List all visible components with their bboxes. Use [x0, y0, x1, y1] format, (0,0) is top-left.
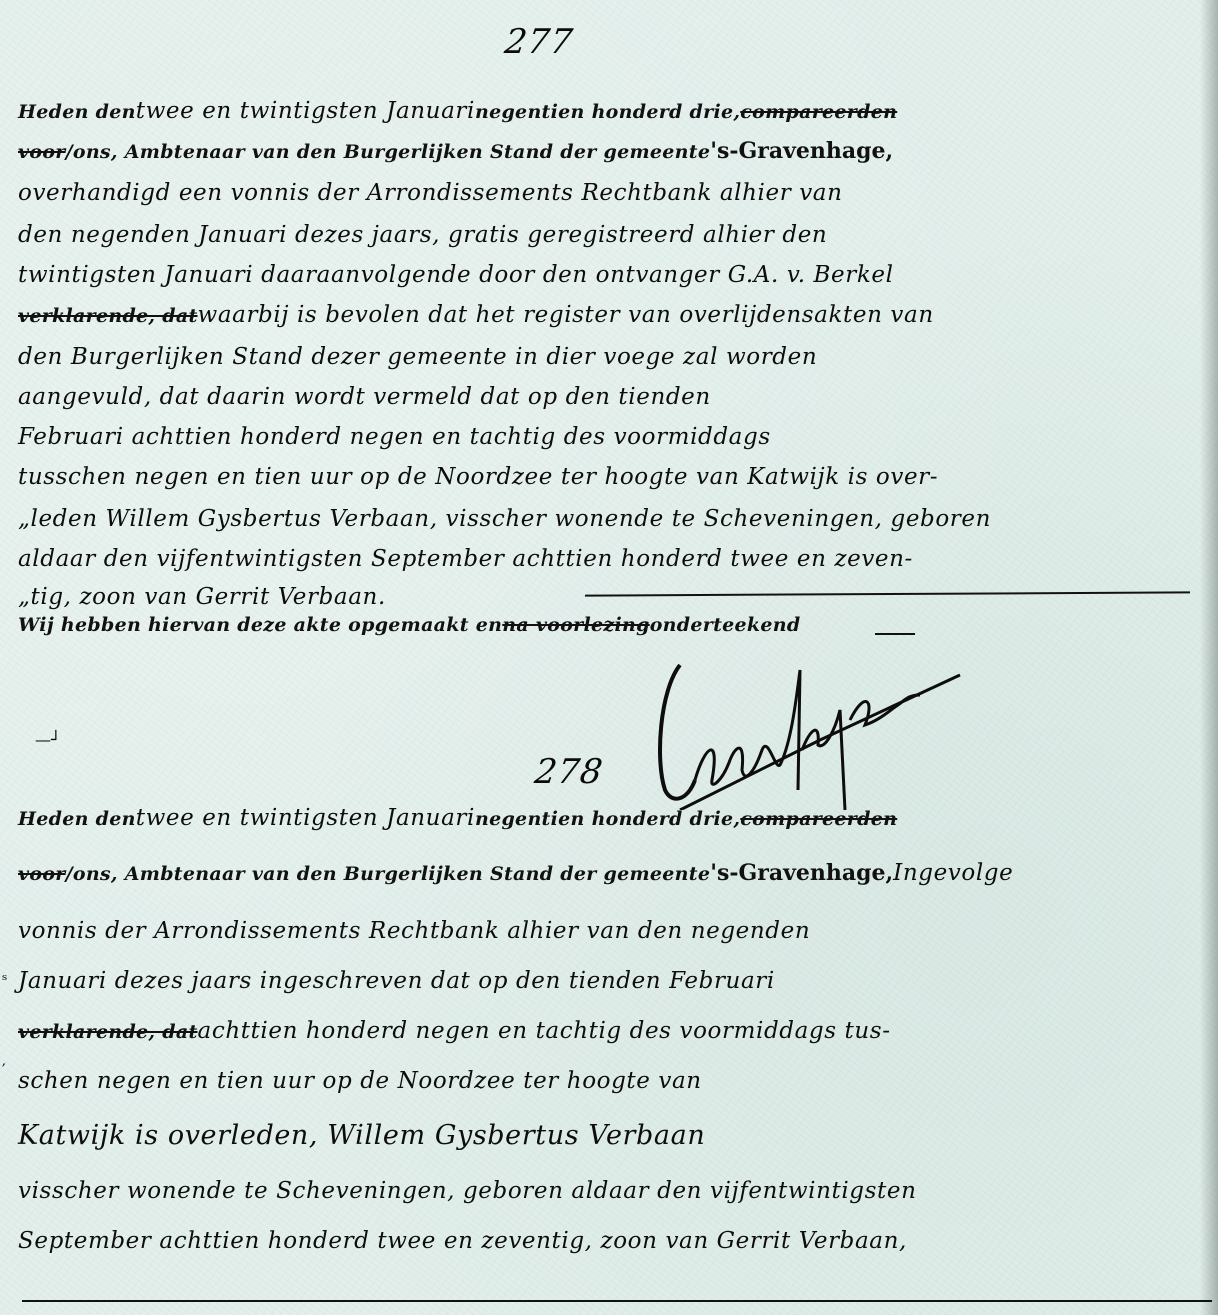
handwritten-text: twintigsten Januari daaraanvolgende door…: [18, 262, 894, 288]
record-line: schen negen en tien uur op de Noordzee t…: [18, 1068, 1210, 1104]
bottom-rule: [22, 1300, 1212, 1302]
record-line: Katwijk is overleden, Willem Gysbertus V…: [18, 1120, 1210, 1156]
printed-text: Heden den: [18, 101, 136, 123]
margin-mark: —┘: [35, 730, 61, 749]
handwritten-text: September achttien honderd twee en zeven…: [18, 1228, 907, 1254]
handwritten-text: tusschen negen en tien uur op de Noordze…: [18, 464, 938, 490]
printed-text: /ons, Ambtenaar van den Burgerlijken Sta…: [66, 863, 711, 885]
handwritten-text: Februari achttien honderd negen en tacht…: [18, 424, 771, 450]
handwritten-text: Januari dezes jaars ingeschreven dat op …: [18, 968, 775, 994]
record-line: September achttien honderd twee en zeven…: [18, 1228, 1210, 1264]
record-line: Heden den twee en twintigsten Januari ne…: [18, 98, 1210, 134]
record-line: aangevuld, dat daarin wordt vermeld dat …: [18, 384, 1210, 420]
municipality-name: 's-Gravenhage,: [710, 138, 893, 164]
printed-text: onderteekend: [650, 614, 801, 636]
struck-text: compareerden: [740, 101, 897, 123]
record-line: den negenden Januari dezes jaars, gratis…: [18, 222, 1210, 258]
struck-text: verklarende, dat: [18, 1021, 198, 1043]
handwritten-text: aangevuld, dat daarin wordt vermeld dat …: [18, 384, 711, 410]
struck-text: verklarende, dat: [18, 305, 198, 327]
document-page: 277 Heden den twee en twintigsten Januar…: [0, 0, 1218, 1315]
handwritten-text: „tig, zoon van Gerrit Verbaan.: [18, 584, 386, 610]
record-line: tusschen negen en tien uur op de Noordze…: [18, 464, 1210, 500]
handwritten-text: „leden Willem Gysbertus Verbaan, vissche…: [18, 506, 991, 532]
record-line: „leden Willem Gysbertus Verbaan, vissche…: [18, 506, 1210, 542]
struck-text: voor: [18, 141, 66, 163]
handwritten-text: vonnis der Arrondissements Rechtbank alh…: [18, 918, 810, 944]
record-line: Wij hebben hiervan deze akte opgemaakt e…: [18, 614, 1210, 650]
record-line: voor/ons, Ambtenaar van den Burgerlijken…: [18, 138, 1210, 174]
handwritten-text: Ingevolge: [893, 860, 1013, 886]
handwritten-text: waarbij is bevolen dat het register van …: [198, 302, 934, 328]
handwritten-text: schen negen en tien uur op de Noordzee t…: [18, 1068, 702, 1094]
record-line: twintigsten Januari daaraanvolgende door…: [18, 262, 1210, 298]
record-line: den Burgerlijken Stand dezer gemeente in…: [18, 344, 1210, 380]
struck-text: voor: [18, 863, 66, 885]
margin-mark-quote: ′: [2, 1060, 6, 1079]
printed-text: Wij hebben hiervan deze akte opgemaakt e…: [18, 614, 502, 636]
act-number-277: 277: [502, 22, 576, 62]
handwritten-text: den negenden Januari dezes jaars, gratis…: [18, 222, 827, 248]
handwritten-text: Katwijk is overleden, Willem Gysbertus V…: [18, 1120, 705, 1151]
handwritten-text: twee en twintigsten Januari: [136, 805, 475, 831]
handwritten-text: twee en twintigsten Januari: [136, 98, 475, 124]
printed-text: /ons, Ambtenaar van den Burgerlijken Sta…: [66, 141, 711, 163]
handwritten-text: den Burgerlijken Stand dezer gemeente in…: [18, 344, 817, 370]
record-line: aldaar den vijfentwintigsten September a…: [18, 546, 1210, 582]
handwritten-text: achttien honderd negen en tachtig des vo…: [198, 1018, 891, 1044]
printed-text: Heden den: [18, 808, 136, 830]
struck-text: na voorlezing: [502, 614, 649, 636]
record-line: Februari achttien honderd negen en tacht…: [18, 424, 1210, 460]
registrar-signature: C. Lchijs: [650, 650, 1050, 810]
closing-dash: [875, 633, 915, 635]
municipality-name: 's-Gravenhage,: [710, 860, 893, 886]
record-line: vonnis der Arrondissements Rechtbank alh…: [18, 918, 1210, 954]
handwritten-text: overhandigd een vonnis der Arrondissemen…: [18, 180, 843, 206]
record-line: verklarende, dat achttien honderd negen …: [18, 1018, 1210, 1054]
handwritten-text: visscher wonende te Scheveningen, gebore…: [18, 1178, 917, 1204]
printed-text: negentien honderd drie,: [475, 808, 740, 830]
act-number-278: 278: [532, 752, 606, 792]
record-line: Januari dezes jaars ingeschreven dat op …: [18, 968, 1210, 1004]
struck-text: compareerden: [740, 808, 897, 830]
printed-text: negentien honderd drie,: [475, 101, 740, 123]
record-line: voor/ons, Ambtenaar van den Burgerlijken…: [18, 860, 1210, 896]
record-line: overhandigd een vonnis der Arrondissemen…: [18, 180, 1210, 216]
margin-mark-s: ˢ: [2, 970, 7, 989]
handwritten-text: aldaar den vijfentwintigsten September a…: [18, 546, 913, 572]
record-line: verklarende, dat waarbij is bevolen dat …: [18, 302, 1210, 338]
record-line: Heden den twee en twintigsten Januari ne…: [18, 805, 1210, 841]
record-line: visscher wonende te Scheveningen, gebore…: [18, 1178, 1210, 1214]
